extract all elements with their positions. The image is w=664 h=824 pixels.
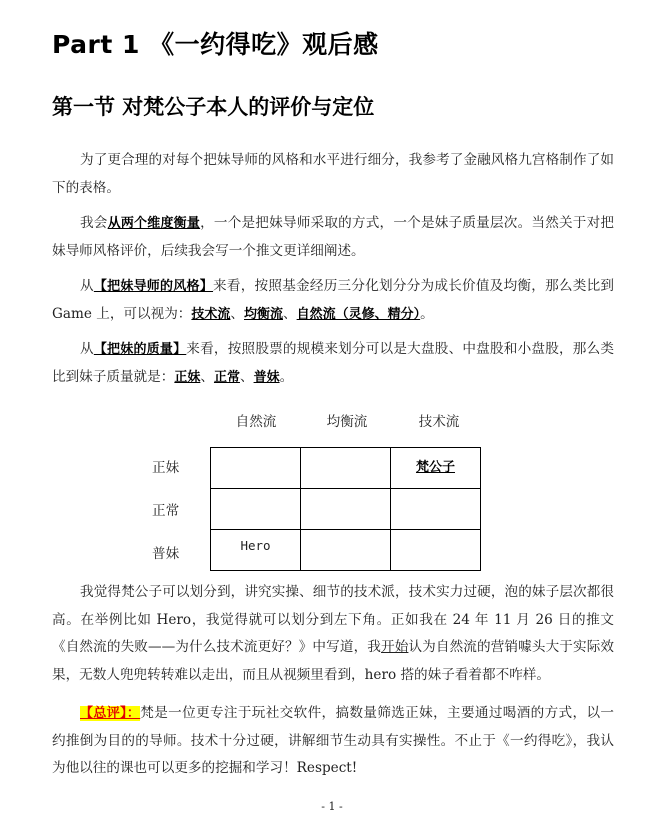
quality-plain: 普妹 bbox=[254, 370, 280, 385]
underlined-start: 开始 bbox=[381, 639, 408, 655]
style-technical: 技术流 bbox=[191, 307, 230, 322]
style-balanced: 均衡流 bbox=[244, 307, 283, 322]
separator: 、 bbox=[230, 306, 244, 322]
text: 从 bbox=[80, 278, 94, 294]
paragraph-intro: 为了更合理的对每个把妹导师的风格和水平进行细分，我参考了金融风格九宫格制作了如下… bbox=[52, 147, 614, 202]
grid-col-header-balanced: 均衡流 bbox=[301, 410, 393, 430]
page-title: Part 1 《一约得吃》观后感 bbox=[52, 28, 379, 62]
summary-label: 【总评】： bbox=[80, 706, 140, 721]
grid-row: Hero bbox=[211, 530, 481, 571]
grid-cell bbox=[211, 448, 301, 489]
separator: 、 bbox=[283, 306, 297, 322]
paragraph-analysis: 我觉得梵公子可以划分到，讲究实操、细节的技术派，技术实力过硬，泡的妹子层次都很高… bbox=[52, 579, 614, 689]
grid-row-header-plain: 普妹 bbox=[152, 542, 179, 562]
text: 从 bbox=[80, 341, 94, 357]
grid-row-header-top: 正妹 bbox=[152, 456, 179, 476]
style-natural: 自然流（灵修、精分） bbox=[297, 307, 421, 322]
quality-normal: 正常 bbox=[214, 370, 240, 385]
grid-cell bbox=[301, 448, 391, 489]
paragraph-quality: 从【把妹的质量】来看，按照股票的规模来划分可以是大盘股、中盘股和小盘股，那么类比… bbox=[52, 336, 614, 391]
grid-cell bbox=[301, 489, 391, 530]
emphasis-style: 【把妹导师的风格】 bbox=[94, 279, 213, 294]
grid-cell-hero: Hero bbox=[240, 538, 270, 553]
section-title: 第一节 对梵公子本人的评价与定位 bbox=[52, 92, 374, 122]
document-page: Part 1 《一约得吃》观后感 第一节 对梵公子本人的评价与定位 为了更合理的… bbox=[0, 0, 664, 824]
grid-cell bbox=[391, 489, 481, 530]
text: 我会 bbox=[80, 215, 108, 231]
grid-cell bbox=[301, 530, 391, 571]
grid-col-header-natural: 自然流 bbox=[210, 410, 302, 430]
page-number: - 1 - bbox=[0, 800, 664, 813]
grid-cell bbox=[211, 489, 301, 530]
text: 。 bbox=[280, 369, 294, 385]
grid-row-header-normal: 正常 bbox=[152, 499, 179, 519]
emphasis-quality: 【把妹的质量】 bbox=[94, 342, 186, 357]
separator: 、 bbox=[240, 369, 254, 385]
grid-cell: 梵公子 bbox=[391, 448, 481, 489]
text: 。 bbox=[420, 306, 434, 322]
paragraph-dimensions: 我会从两个维度衡量，一个是把妹导师采取的方式，一个是妹子质量层次。当然关于对把妹… bbox=[52, 210, 614, 265]
quality-top: 正妹 bbox=[174, 370, 200, 385]
grid-row: 梵公子 bbox=[211, 448, 481, 489]
style-quality-grid: 梵公子 Hero bbox=[210, 447, 481, 571]
grid-cell bbox=[391, 530, 481, 571]
grid-cell-fan-gongzi: 梵公子 bbox=[416, 460, 455, 475]
paragraph-style: 从【把妹导师的风格】来看，按照基金经历三分化划分分为成长价值及均衡，那么类比到 … bbox=[52, 273, 614, 328]
grid-col-header-technical: 技术流 bbox=[393, 410, 485, 430]
emphasis-dimensions: 从两个维度衡量 bbox=[108, 216, 200, 231]
grid-row bbox=[211, 489, 481, 530]
paragraph-summary: 【总评】：梵是一位更专注于玩社交软件，搞数量筛选正妹，主要通过喝酒的方式，以一约… bbox=[52, 700, 614, 783]
separator: 、 bbox=[200, 369, 214, 385]
grid-cell: Hero bbox=[211, 530, 301, 571]
